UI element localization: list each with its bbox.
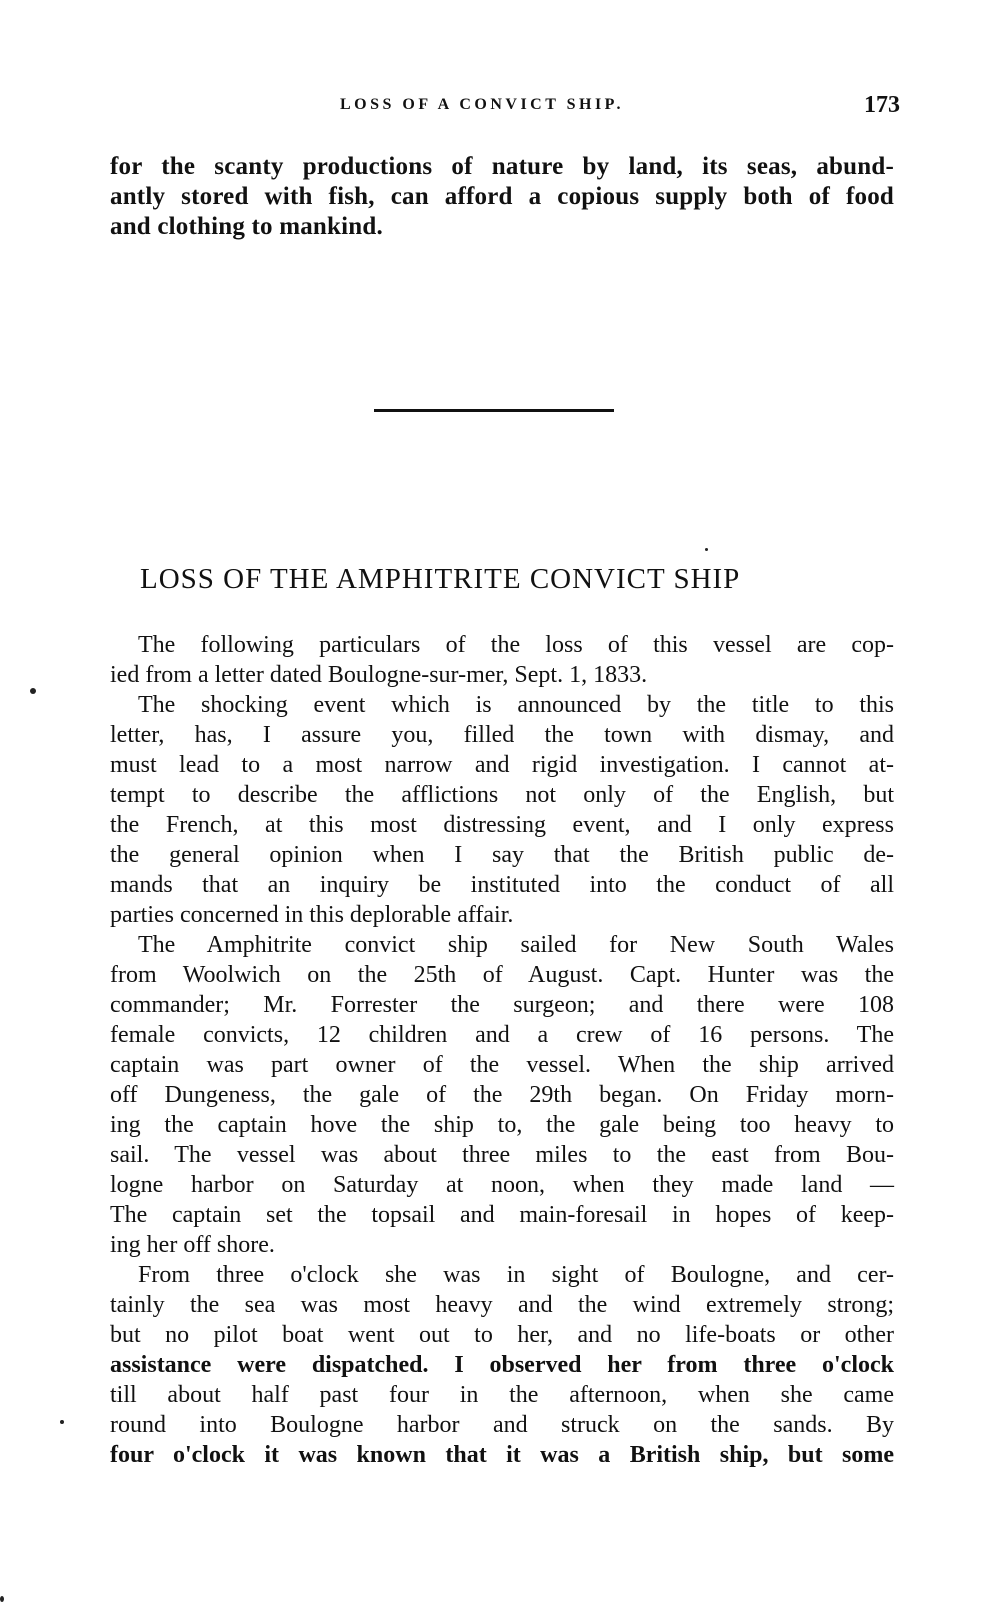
text-line: tainly the sea was most heavy and the wi…	[110, 1290, 894, 1320]
paragraph: The shocking event which is announced by…	[110, 690, 894, 930]
text-line: for the scanty productions of nature by …	[110, 152, 894, 182]
running-title: LOSS OF A CONVICT SHIP.	[340, 96, 624, 114]
paragraph: The following particulars of the loss of…	[110, 630, 894, 690]
book-page: LOSS OF A CONVICT SHIP. 173 for the scan…	[0, 0, 1000, 1612]
text-line: ing her off shore.	[110, 1230, 894, 1260]
text-line: must lead to a most narrow and rigid inv…	[110, 750, 894, 780]
text-line: but no pilot boat went out to her, and n…	[110, 1320, 894, 1350]
section-divider	[374, 409, 614, 412]
article-body: The following particulars of the loss of…	[110, 630, 894, 1470]
running-head: LOSS OF A CONVICT SHIP. 173	[340, 92, 900, 122]
text-line: From three o'clock she was in sight of B…	[110, 1260, 894, 1290]
text-line: The following particulars of the loss of…	[110, 630, 894, 660]
text-line: ing the captain hove the ship to, the ga…	[110, 1110, 894, 1140]
text-line: tempt to describe the afflictions not on…	[110, 780, 894, 810]
scan-speck	[705, 548, 708, 551]
text-line: The Amphitrite convict ship sailed for N…	[110, 930, 894, 960]
previous-article-ending: for the scanty productions of nature by …	[110, 152, 894, 242]
text-line: captain was part owner of the vessel. Wh…	[110, 1050, 894, 1080]
scan-speck	[30, 688, 36, 694]
text-line: and clothing to mankind.	[110, 212, 894, 242]
text-line: the French, at this most distressing eve…	[110, 810, 894, 840]
text-line: The shocking event which is announced by…	[110, 690, 894, 720]
text-line: off Dungeness, the gale of the 29th bega…	[110, 1080, 894, 1110]
text-line: sail. The vessel was about three miles t…	[110, 1140, 894, 1170]
scan-speck	[60, 1420, 64, 1424]
text-line: till about half past four in the afterno…	[110, 1380, 894, 1410]
text-line: commander; Mr. Forrester the surgeon; an…	[110, 990, 894, 1020]
text-line: female convicts, 12 children and a crew …	[110, 1020, 894, 1050]
text-line: the general opinion when I say that the …	[110, 840, 894, 870]
page-number: 173	[864, 92, 900, 119]
text-line: ied from a letter dated Boulogne-sur-mer…	[110, 660, 894, 690]
text-line: logne harbor on Saturday at noon, when t…	[110, 1170, 894, 1200]
article-title: LOSS OF THE AMPHITRITE CONVICT SHIP	[140, 563, 900, 596]
scan-speck	[0, 1596, 4, 1602]
paragraph: From three o'clock she was in sight of B…	[110, 1260, 894, 1470]
text-line: The captain set the topsail and main-for…	[110, 1200, 894, 1230]
text-line: parties concerned in this deplorable aff…	[110, 900, 894, 930]
paragraph: The Amphitrite convict ship sailed for N…	[110, 930, 894, 1260]
text-line: assistance were dispatched. I observed h…	[110, 1350, 894, 1380]
text-line: letter, has, I assure you, filled the to…	[110, 720, 894, 750]
text-line: four o'clock it was known that it was a …	[110, 1440, 894, 1470]
text-line: round into Boulogne harbor and struck on…	[110, 1410, 894, 1440]
text-line: antly stored with fish, can afford a cop…	[110, 182, 894, 212]
text-line: from Woolwich on the 25th of August. Cap…	[110, 960, 894, 990]
text-line: mands that an inquiry be instituted into…	[110, 870, 894, 900]
